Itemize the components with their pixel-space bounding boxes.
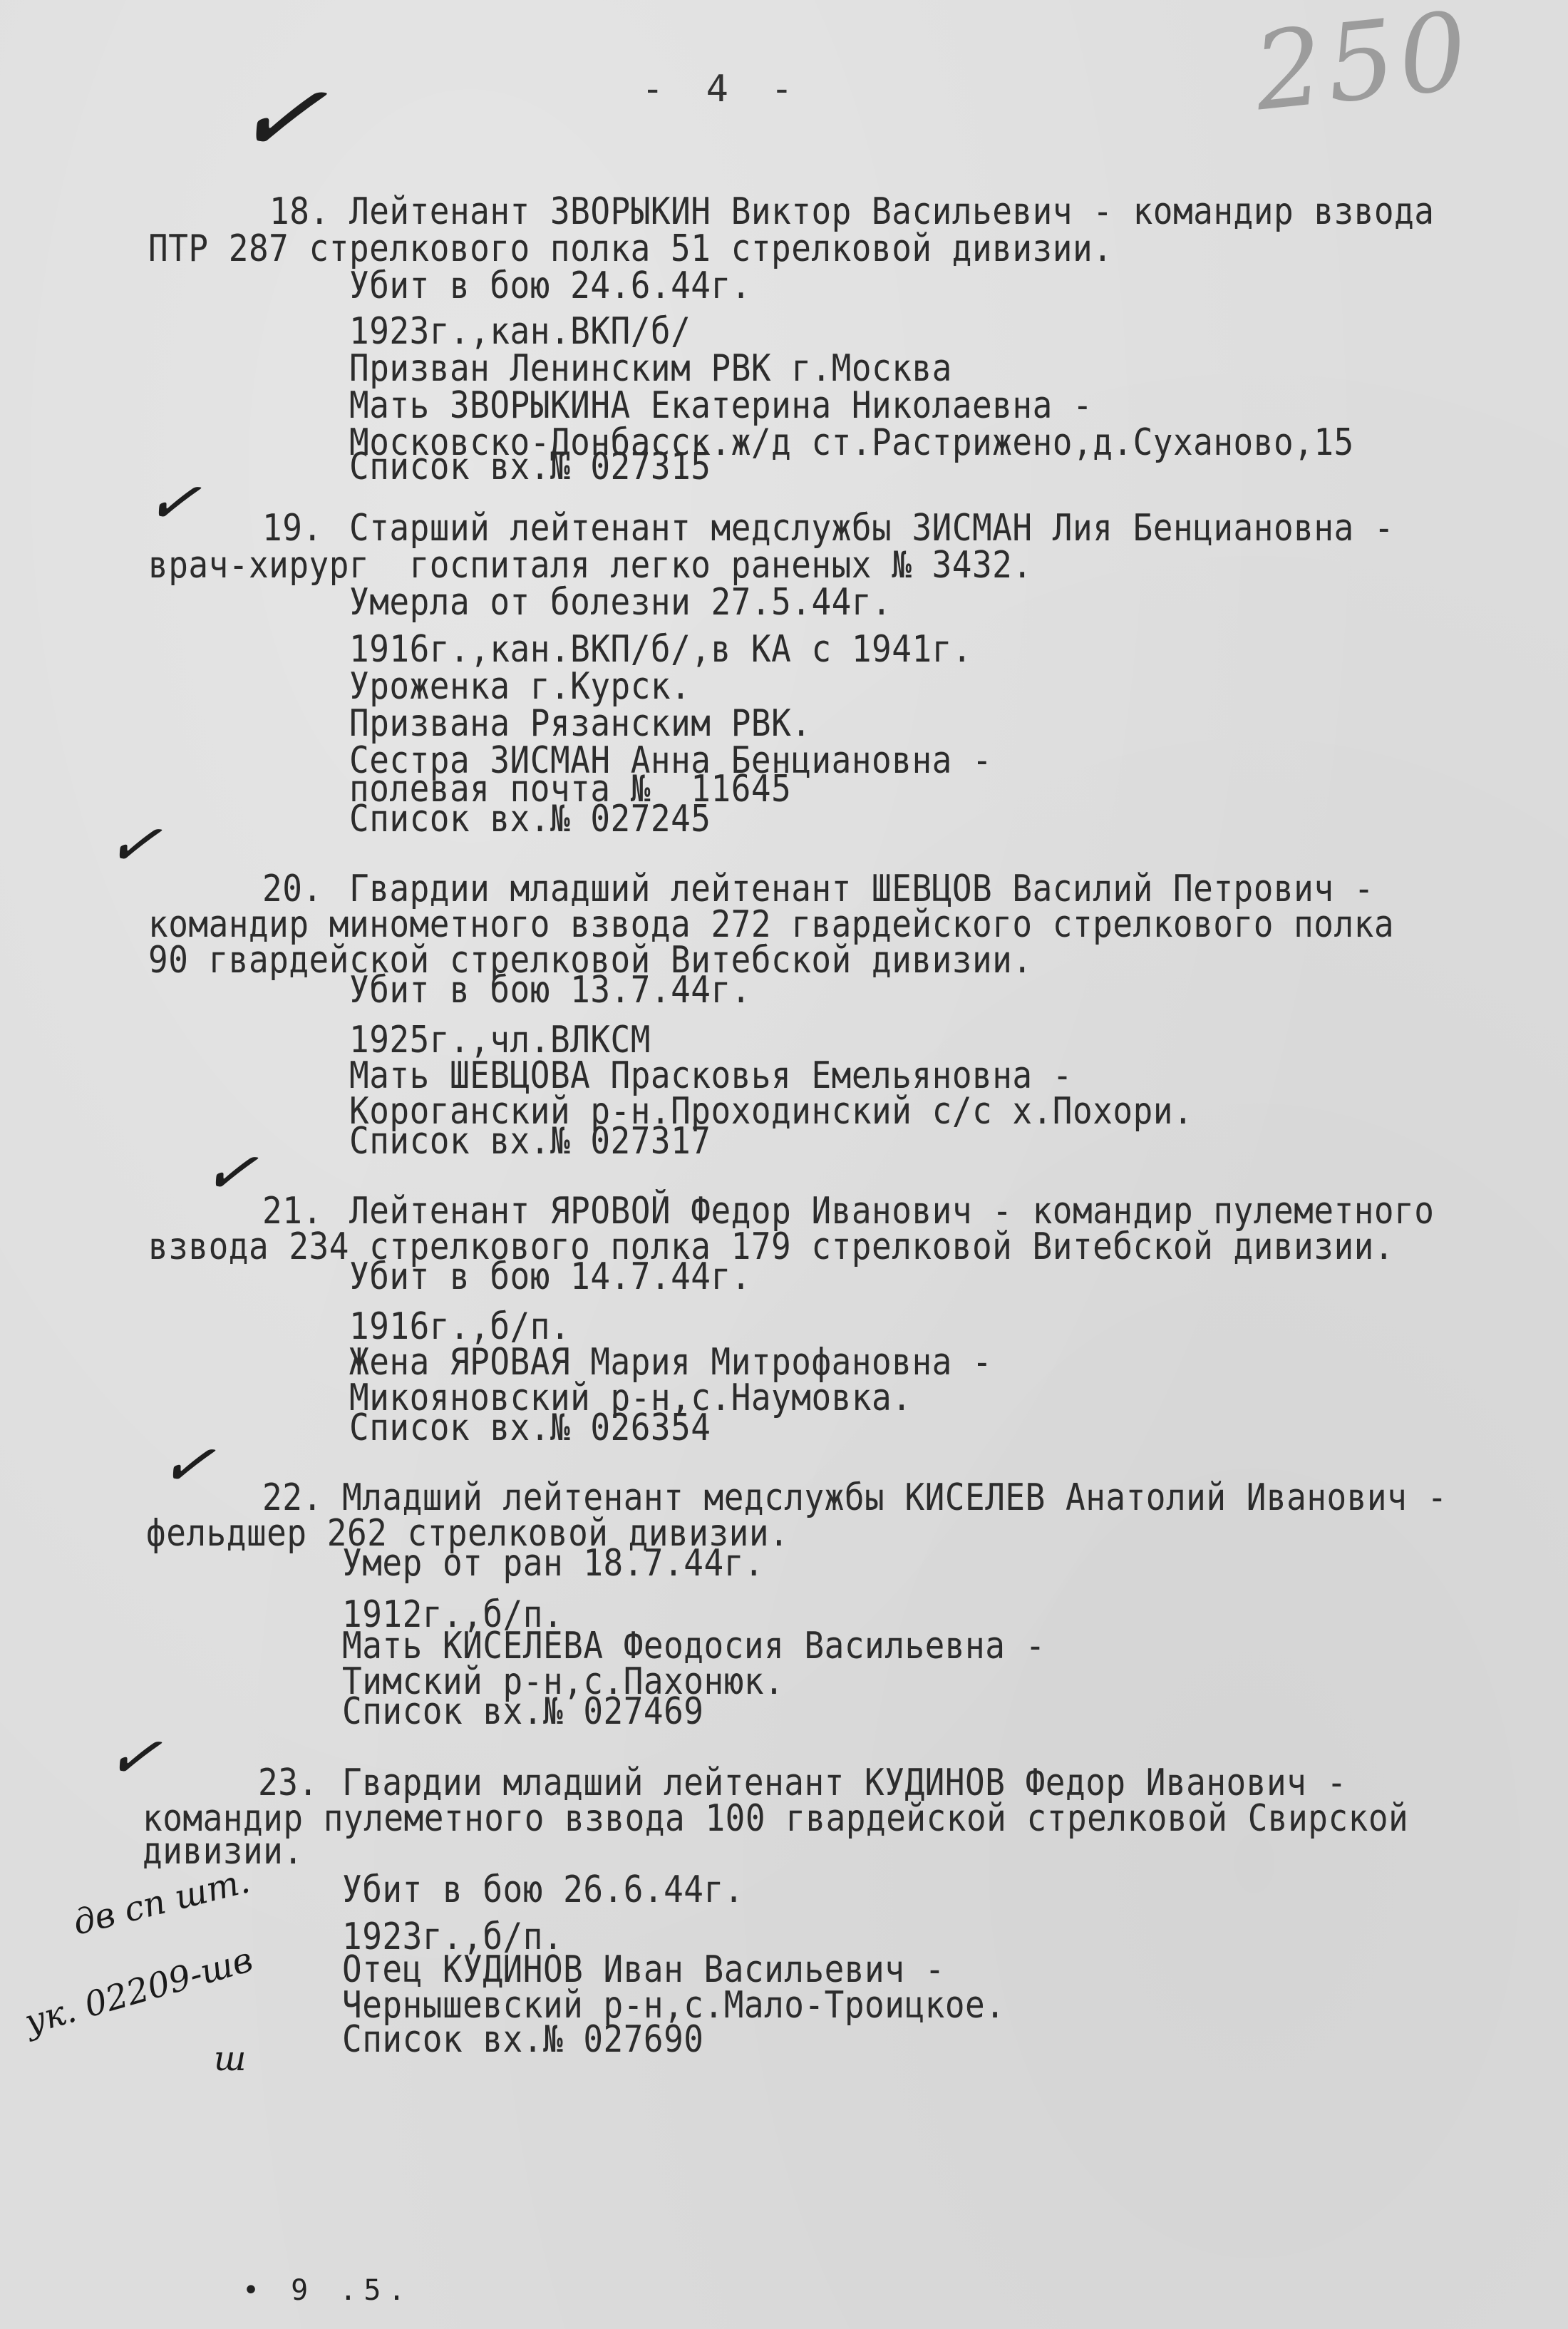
entry-line: Убит в бою 26.6.44г.	[342, 1869, 744, 1909]
archive-sheet-number: 250	[1249, 0, 1477, 135]
footer-mark: • 9 .5.	[242, 2274, 413, 2307]
entry-number: 18.	[269, 191, 330, 231]
document-page: 250 - 4 - ✓ ✓ ✓ ✓ ✓ ✓ 18. Лейтенант ЗВОР…	[0, 0, 1568, 2329]
entry-line: Список вх.№ 027690	[342, 2019, 704, 2059]
entry-line: Призвана Рязанским РВК.	[349, 703, 811, 743]
entry-line: Убит в бою 14.7.44г.	[349, 1256, 751, 1296]
entry-line: врач-хирург госпиталя легко раненых № 34…	[148, 545, 1033, 585]
handwritten-note-line: ук. 02209-шв	[21, 1940, 257, 2043]
handwritten-note-line: дв сп шт.	[69, 1861, 254, 1943]
page-number: - 4 -	[641, 68, 803, 110]
entry-line: ПТР 287 стрелкового полка 51 стрелковой …	[148, 228, 1113, 268]
entry-line: взвода 234 стрелкового полка 179 стрелко…	[148, 1226, 1394, 1266]
entry-line: Умерла от болезни 27.5.44г.	[349, 582, 892, 622]
checkmark-icon: ✓	[228, 58, 331, 177]
entry-line: командир пулеметного взвода 100 гвардейс…	[143, 1798, 1408, 1838]
entry-line: Старший лейтенант медслужбы ЗИСМАН Лия Б…	[349, 508, 1394, 547]
entry-line: Убит в бою 13.7.44г.	[349, 970, 751, 1009]
checkmark-icon: ✓	[156, 1429, 218, 1501]
entry-line: Умер от ран 18.7.44г.	[342, 1543, 764, 1583]
entry-line: 1923г.,кан.ВКП/б/	[349, 311, 691, 351]
entry-line: дивизии.	[143, 1831, 304, 1871]
entry-line: Список вх.№ 027469	[342, 1691, 704, 1731]
checkmark-icon: ✓	[103, 809, 165, 880]
entry-line: Мать ЗВОРЫКИНА Екатерина Николаевна -	[349, 385, 1093, 425]
entry-line: Призван Ленинским РВК г.Москва	[349, 348, 952, 388]
entry-line: Убит в бою 24.6.44г.	[349, 265, 751, 305]
entry-line: Список вх.№ 027317	[349, 1121, 711, 1161]
handwritten-note-line: ш	[214, 2039, 246, 2079]
checkmark-icon: ✓	[199, 1137, 261, 1208]
entry-line: 1916г.,кан.ВКП/б/,в КА с 1941г.	[349, 629, 972, 669]
checkmark-icon: ✓	[142, 467, 204, 538]
entry-line: Лейтенант ЗВОРЫКИН Виктор Васильевич - к…	[349, 191, 1435, 231]
checkmark-icon: ✓	[103, 1722, 165, 1793]
entry-line: Список вх.№ 027315	[349, 446, 711, 486]
entry-line: Список вх.№ 026354	[349, 1407, 711, 1447]
entry-number: 19.	[262, 508, 323, 547]
entry-line: Уроженка г.Курск.	[349, 666, 691, 706]
entry-line: Список вх.№ 027245	[349, 798, 711, 838]
